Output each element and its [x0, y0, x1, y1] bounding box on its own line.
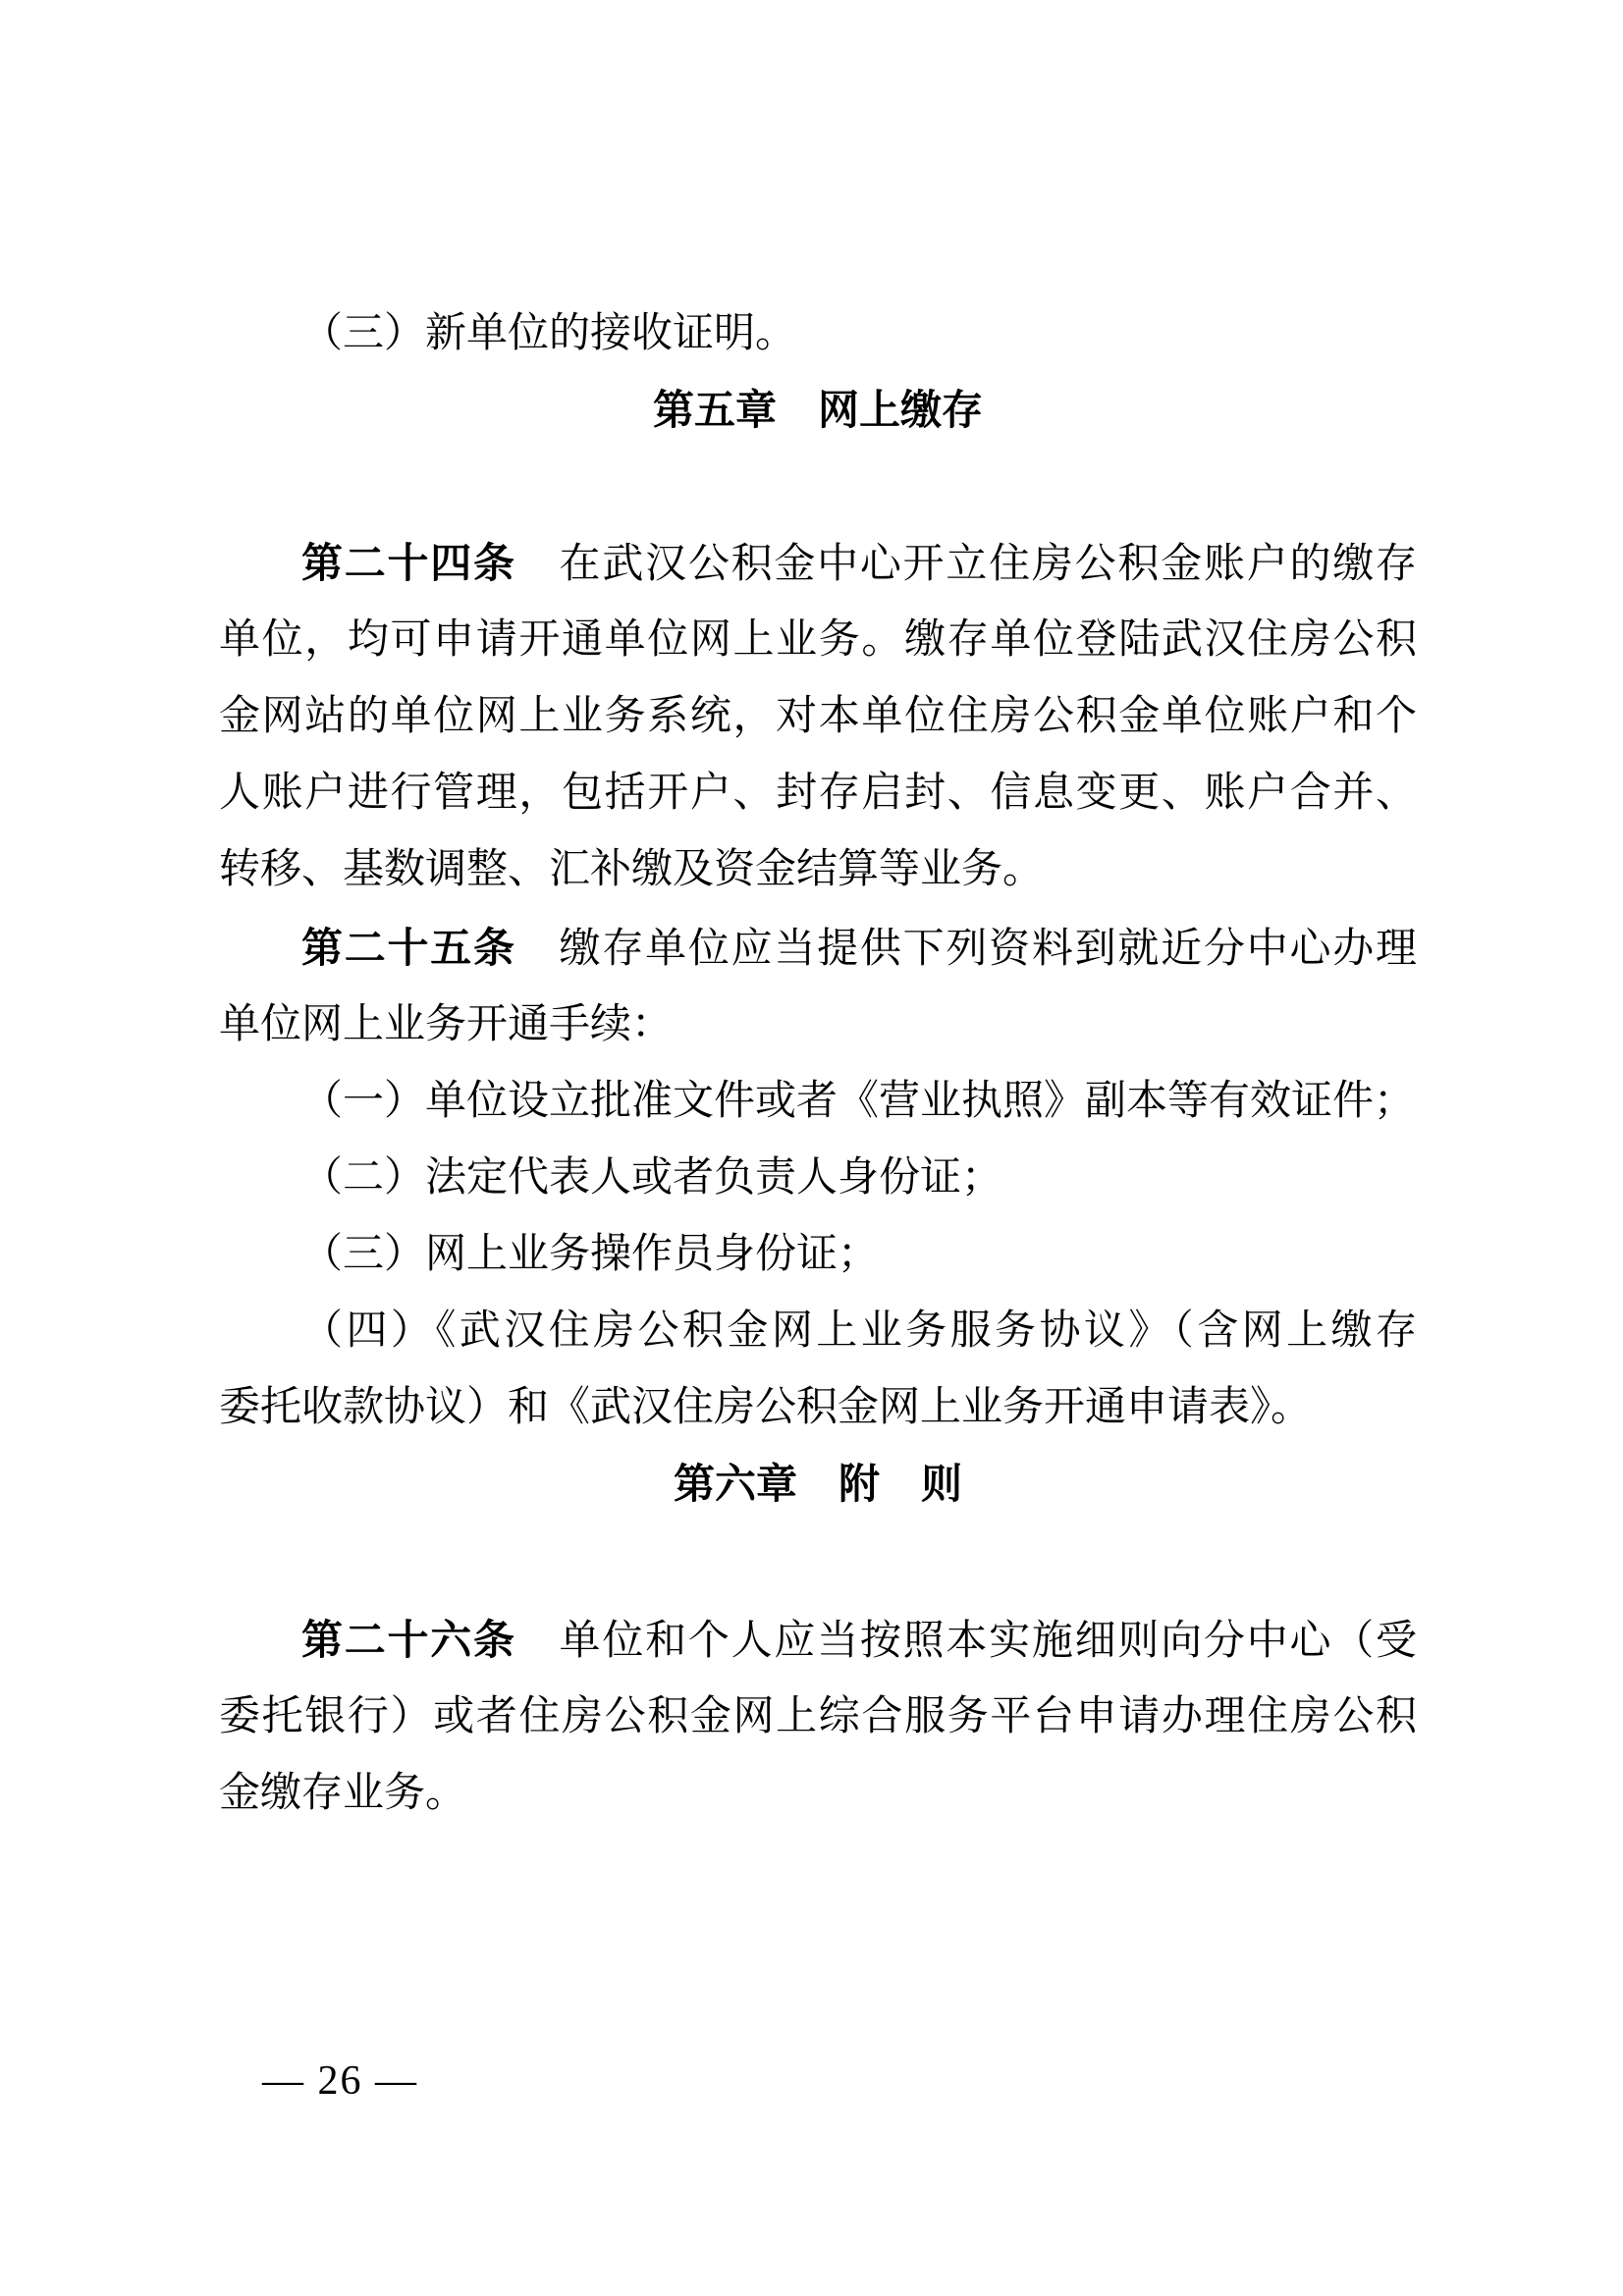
article-24-line-3: 金网站的单位网上业务系统，对本单位住房公积金单位账户和个 — [219, 678, 1417, 755]
article-25-item-2: （二）法定代表人或者负责人身份证； — [219, 1140, 1417, 1216]
article-25-number: 第二十五条 — [301, 925, 516, 971]
document-page: （三）新单位的接收证明。 第五章 网上缴存 第二十四条 在武汉公积金中心开立住房… — [0, 0, 1623, 2296]
article-25-item-4-line-2: 委托收款协议）和《武汉住房公积金网上业务开通申请表》。 — [219, 1369, 1417, 1446]
article-26-text-1: 单位和个人应当按照本实施细则向分中心（受 — [516, 1619, 1417, 1664]
text-column: （三）新单位的接收证明。 第五章 网上缴存 第二十四条 在武汉公积金中心开立住房… — [219, 295, 1417, 1832]
article-24-text-1: 在武汉公积金中心开立住房公积金账户的缴存 — [516, 542, 1417, 587]
chapter-5-heading: 第五章 网上缴存 — [219, 372, 1417, 449]
article-25-item-3: （三）网上业务操作员身份证； — [219, 1216, 1417, 1293]
article-25-text-1: 缴存单位应当提供下列资料到就近分中心办理 — [516, 927, 1417, 972]
article-25-item-4-line-1: （四）《武汉住房公积金网上业务服务协议》（含网上缴存 — [219, 1293, 1417, 1369]
article-26-line-3: 金缴存业务。 — [219, 1755, 1417, 1832]
article-24-line-4: 人账户进行管理，包括开户、封存启封、信息变更、账户合并、 — [219, 755, 1417, 831]
article-26-number: 第二十六条 — [301, 1617, 516, 1663]
article-24-number: 第二十四条 — [301, 540, 516, 586]
article-26-line-2: 委托银行）或者住房公积金网上综合服务平台申请办理住房公积 — [219, 1679, 1417, 1755]
article-25-item-1: （一）单位设立批准文件或者《营业执照》副本等有效证件； — [219, 1063, 1417, 1140]
article-25-line-2: 单位网上业务开通手续： — [219, 987, 1417, 1063]
article-24-line-2: 单位，均可申请开通单位网上业务。缴存单位登陆武汉住房公积 — [219, 602, 1417, 678]
article-24-line-5: 转移、基数调整、汇补缴及资金结算等业务。 — [219, 831, 1417, 908]
chapter-6-heading: 第六章 附 则 — [219, 1446, 1417, 1522]
page-number: — 26 — — [262, 2059, 418, 2103]
article-25-line-1: 第二十五条 缴存单位应当提供下列资料到就近分中心办理 — [219, 910, 1417, 987]
list-item-three-prev: （三）新单位的接收证明。 — [219, 295, 1417, 372]
article-24-line-1: 第二十四条 在武汉公积金中心开立住房公积金账户的缴存 — [219, 525, 1417, 602]
article-26-line-1: 第二十六条 单位和个人应当按照本实施细则向分中心（受 — [219, 1602, 1417, 1679]
